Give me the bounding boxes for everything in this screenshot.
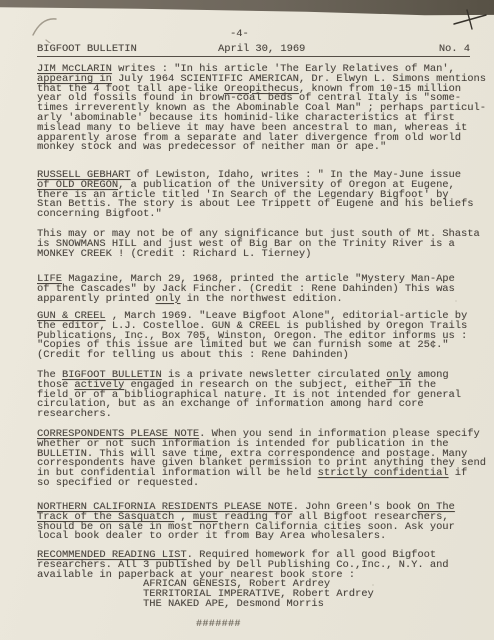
text-line: local book dealer to order it from Bay A…	[37, 532, 494, 542]
text-line: apparently printed only in the northwest…	[37, 295, 494, 305]
paragraph: JIM McCLARIN writes : "In his article 'T…	[37, 65, 494, 153]
text-line: (Credit for telling us about this : Rene…	[37, 351, 494, 361]
paragraph: LIFE Magazine, March 29, 1968, printed t…	[37, 275, 494, 304]
paragraph: GUN & CREEL , March 1969. "Leave Bigfoot…	[37, 312, 494, 361]
text-line: THE NAKED APE, Desmond Morris	[37, 600, 494, 610]
paragraph: This may or may not be of any significan…	[37, 230, 494, 259]
text-line: monkey stock and was predecessor of neit…	[37, 143, 494, 153]
paragraph: CORRESPONDENTS PLEASE NOTE. When you sen…	[37, 430, 494, 489]
paragraph: RUSSELL GEBHART of Lewiston, Idaho, writ…	[37, 171, 494, 220]
scanned-newsletter-page: -4- BIGFOOT BULLETIN April 30, 1969 No. …	[0, 0, 494, 640]
paragraph: The BIGFOOT BULLETIN is a private newsle…	[37, 371, 494, 420]
text-line: MONKEY CREEK ! (Credit : Richard L. Tier…	[37, 250, 494, 260]
document-body: JIM McCLARIN writes : "In his article 'T…	[0, 0, 494, 640]
text-line: researchers.	[37, 410, 494, 420]
text-line: concerning Bigfoot."	[37, 210, 494, 220]
footer-decoration: #######	[196, 619, 241, 630]
text-line: so specified or requested.	[37, 479, 494, 489]
paragraph: RECOMMENDED READING LIST. Required homew…	[37, 551, 494, 610]
paragraph: NORTHERN CALIFORNIA RESIDENTS PLEASE NOT…	[37, 503, 494, 542]
